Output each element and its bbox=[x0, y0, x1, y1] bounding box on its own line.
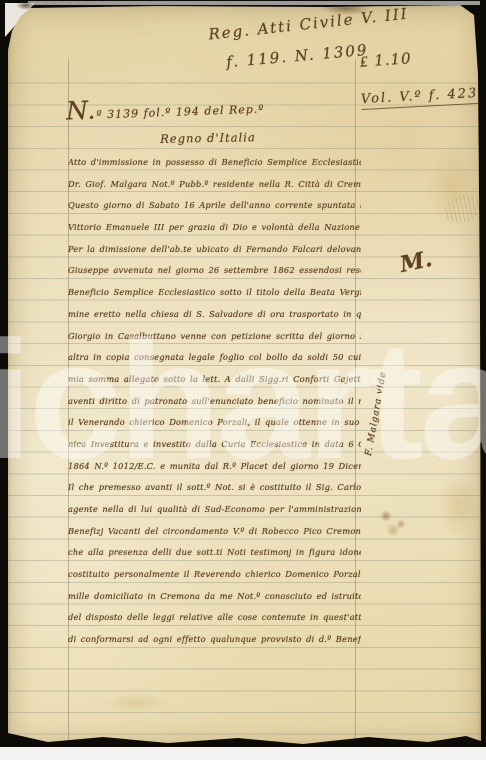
manuscript-line: Giorgio in Casalbuttano venne con petizi… bbox=[68, 326, 361, 348]
manuscript-line: di conformarsi ad ogni effetto qualunque… bbox=[68, 629, 361, 651]
manuscript-line: altra in copia consegnata legale foglio … bbox=[68, 347, 361, 369]
manuscript-line: agente nella di lui qualità di Sud-Econo… bbox=[68, 499, 361, 521]
manuscript-line: Vittorio Emanuele III per grazia di Dio … bbox=[68, 217, 361, 239]
registry-annotation-line1: Reg. Atti Civile V. III bbox=[208, 5, 410, 44]
manuscript-page: Reg. Atti Civile V. III f. 119. N. 1309 … bbox=[8, 5, 481, 747]
manuscript-line: che alla presenza delli due sott.ti Noti… bbox=[68, 542, 361, 564]
manuscript-line: Questo giorno di Sabato 16 Aprile dell'a… bbox=[68, 195, 361, 217]
manuscript-line: Dr. Giof. Malgara Not.º Pubb.º residente… bbox=[68, 174, 361, 196]
scanner-edge-strip bbox=[28, 1, 480, 5]
document-title: Regno d'Italia bbox=[128, 130, 288, 147]
document-scan: Reg. Atti Civile V. III f. 119. N. 1309 … bbox=[0, 0, 486, 760]
manuscript-line: Beneficio Semplice Ecclesiastico sotto i… bbox=[68, 282, 361, 304]
manuscript-line: Atto d'immissione in possesso di Benefic… bbox=[68, 152, 361, 174]
manuscript-line: nica Investitura e investito dalla Curia… bbox=[68, 434, 361, 456]
manuscript-line: Benefizj Vacanti del circondamento V.º d… bbox=[68, 521, 361, 543]
fee-annotation: ₤ 1.10 bbox=[359, 49, 412, 72]
manuscript-line: aventi diritto di patronato sull'enuncia… bbox=[68, 391, 361, 413]
manuscript-line: Giuseppe avvenuta nel giorno 26 settembr… bbox=[68, 260, 361, 282]
manuscript-line: costituito personalmente il Reverendo ch… bbox=[68, 564, 361, 586]
manuscript-line: il Venerando chierico Domenico Porzali, … bbox=[68, 412, 361, 434]
manuscript-line: mine eretto nella chiesa di S. Salvadore… bbox=[68, 304, 361, 326]
manuscript-line: 1864 N.º 1012/E.C. e munita dal R.º Plac… bbox=[68, 456, 361, 478]
manuscript-line: mille domiciliato in Cremona da me Not.º… bbox=[68, 586, 361, 608]
manuscript-line: Il che premesso avanti il sott.º Not. si… bbox=[68, 477, 361, 499]
manuscript-body: Atto d'immissione in possesso di Benefic… bbox=[68, 152, 361, 651]
manuscript-line: del disposto delle leggi relative alle c… bbox=[68, 607, 361, 629]
scan-bottom-background bbox=[0, 747, 486, 760]
manuscript-line: mia somma allegato sotto la lett. A dall… bbox=[68, 369, 361, 391]
manuscript-line: Per la dimissione dell'ab.te ubicato di … bbox=[68, 239, 361, 261]
